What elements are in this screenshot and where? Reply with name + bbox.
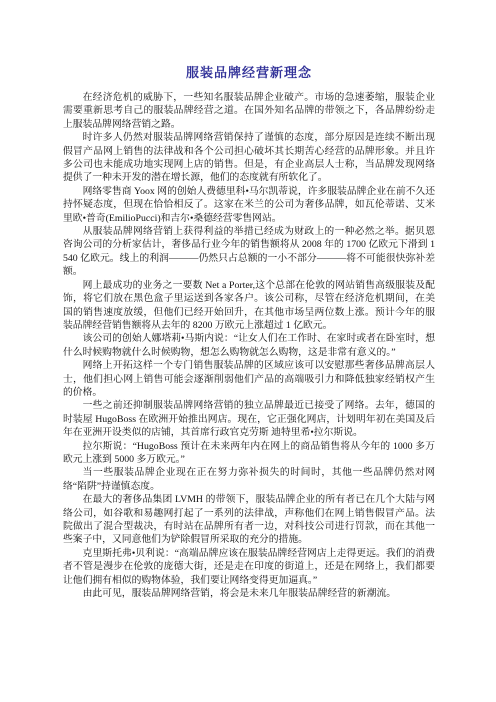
paragraph-2: 时许多人仍然对服装品牌网络营销保持了谨慎的态度，部分原因是连续不断出现假冒产品网… [63, 131, 435, 185]
paragraphs-container: 在经济危机的威胁下，一些知名服装品牌企业破产。市场的急速萎缩，服装企业需要重新思… [63, 91, 435, 600]
paragraph-1: 在经济危机的威胁下，一些知名服装品牌企业破产。市场的急速萎缩，服装企业需要重新思… [63, 91, 435, 131]
document-page: 服装品牌经营新理念 在经济危机的威胁下，一些知名服装品牌企业破产。市场的急速萎缩… [0, 0, 496, 702]
document-title: 服装品牌经营新理念 [63, 62, 435, 81]
paragraph-11: 在最大的奢侈品集团 LVMH 的带领下，服装品牌企业的所有者已在几个大陆与网络公… [63, 493, 435, 547]
paragraph-13: 由此可见，服装品牌网络营销，将会是未来几年服装品牌经营的新潮流。 [63, 587, 435, 600]
paragraph-10: 当一些服装品牌企业现在正在努力弥补损失的时间时，其他一些品牌仍然对网络“陷阱”持… [63, 466, 435, 493]
paragraph-12: 克里斯托弗•贝利说：“高端品牌应该在服装品牌经营网店上走得更远。我们的消费者不管… [63, 547, 435, 587]
paragraph-5: 网上最成功的业务之一要数 Net a Porter,这个总部在伦敦的网站销售高级… [63, 279, 435, 333]
paragraph-6: 该公司的创始人娜塔莉•马斯内说：“让女人们在工作时、在家时或者在卧室时，想什么时… [63, 332, 435, 359]
paragraph-9: 拉尔斯说：“HugoBoss 预计在未来两年内在网上的商品销售将从今年的 100… [63, 440, 435, 467]
paragraph-7: 网络上开拓这样一个专门销售服装品牌的区域应该可以安慰那些奢侈品牌高层人士，他们担… [63, 359, 435, 399]
paragraph-4: 从服装品牌网络营销上获得利益的举措已经成为财政上的一种必然之举。据贝恩咨询公司的… [63, 225, 435, 279]
paragraph-8: 一些之前还抑制服装品牌网络营销的独立品牌最近已接受了网络。去年，德国的时装屋 H… [63, 399, 435, 439]
paragraph-3: 网络零售商 Yoox 网的创始人费德里科•马尔凯蒂说，许多服装品牌企业在前不久还… [63, 185, 435, 225]
